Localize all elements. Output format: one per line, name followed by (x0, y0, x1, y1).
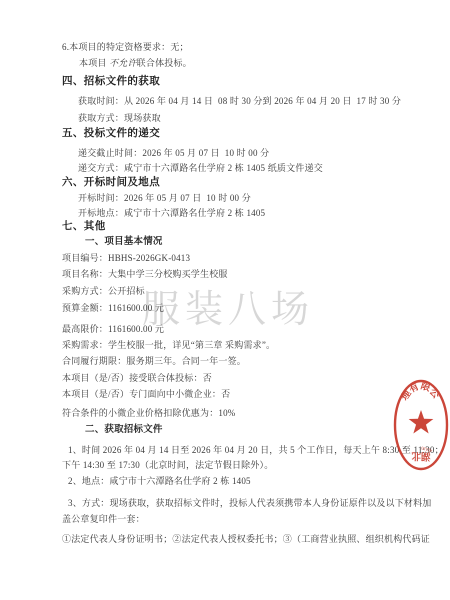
line-qualification-requirement: 6.本项目的特定资格要求：无； (62, 41, 189, 53)
document-page: 服装八场 6.本项目的特定资格要求：无； 本项目 不允许联合体投标。 四、招标文… (0, 0, 450, 600)
seal-top-arc-text: 理有限公 (399, 380, 442, 403)
line-joint-bid-accept: 本项目（是/否）接受联合体投标：否 (62, 372, 212, 384)
heading-section-6: 六、开标时间及地点 (62, 177, 160, 189)
company-seal: 理有限公 湖北 42120 (392, 377, 450, 473)
line-procurement-demand: 采购需求：学生校服一批，详见“第三章 采购需求”。 (62, 339, 275, 351)
joint-bid-note-prefix: 本项目 (79, 58, 109, 68)
heading-section-4: 四、招标文件的获取 (62, 76, 160, 88)
joint-bid-note-emphasis: 不允许 (109, 58, 137, 68)
joint-bid-note-suffix: 联合体投标。 (137, 58, 192, 68)
line-project-name: 项目名称：大集中学三分校购买学生校服 (62, 268, 228, 280)
line-procurement-method: 采购方式：公开招标 (62, 285, 145, 297)
line-smb-oriented: 本项目（是/否）专门面向中小微企业：否 (62, 388, 230, 400)
line-max-price: 最高限价：1161600.00 元 (62, 323, 164, 335)
line-obtain-method-detail: 3、方式：现场获取，获取招标文件时，投标人代表须携带本人身份证原件以及以下材料加 (68, 497, 432, 509)
line-obtain-time: 获取时间：从 2026 年 04 月 14 日 08 时 30 分到 2026 … (78, 95, 401, 107)
seal-top-arc-text-holder: 理有限公 (399, 380, 442, 403)
line-submission-deadline: 递交截止时间：2026 年 05 月 07 日 10 时 00 分 (78, 147, 269, 159)
line-obtain-method-detail-2: 盖公章复印件一套： (62, 513, 145, 525)
subheading-project-basic-info: 一、项目基本情况 (85, 236, 163, 248)
line-joint-bid-note: 本项目 不允许联合体投标。 (79, 57, 192, 69)
line-contract-period: 合同履行期限：服务期三年。合同一年一签。 (62, 355, 246, 367)
line-obtain-location: 2、地点：咸宁市十六潭路名仕学府 2 栋 1405 (68, 475, 251, 487)
line-submission-method: 递交方式：咸宁市十六潭路名仕学府 2 栋 1405 纸质文件递交 (78, 162, 323, 174)
line-obtain-time-detail-2: 下午 14:30 至 17:30（北京时间，法定节假日除外）。 (62, 459, 273, 471)
line-smb-discount: 符合条件的小微企业价格扣除优惠为：10% (62, 407, 236, 419)
heading-section-7: 七、其他 (62, 221, 106, 233)
heading-section-5: 五、投标文件的递交 (62, 128, 160, 140)
line-required-materials: ①法定代表人身份证明书；②法定代表人授权委托书；③（工商营业执照、组织机构代码证 (62, 533, 430, 545)
line-obtain-time-detail: 1、时间 2026 年 04 月 14 日至 2026 年 04 月 20 日，… (68, 444, 444, 456)
line-opening-time: 开标时间：2026 年 05 月 07 日 10 时 00 分 (78, 192, 251, 204)
subheading-obtain-bid-docs: 二、获取招标文件 (85, 424, 163, 436)
line-opening-location: 开标地点：咸宁市十六潭路名仕学府 2 栋 1405 (78, 207, 265, 219)
line-budget-amount: 预算金额：1161600.00 元 (62, 302, 164, 314)
line-obtain-method: 获取方式：现场获取 (78, 112, 161, 124)
line-project-number: 项目编号：HBHS-2026GK-0413 (62, 252, 190, 264)
watermark: 服装八场 (142, 278, 314, 333)
seal-star-icon (409, 410, 434, 434)
